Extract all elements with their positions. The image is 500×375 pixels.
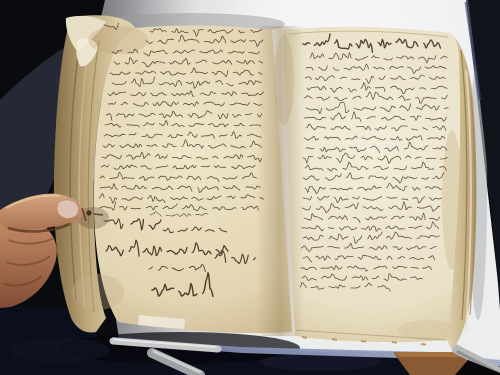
- book: [54, 15, 477, 350]
- stain-right-edge: [442, 130, 462, 270]
- gutter-top-shade: [274, 35, 294, 125]
- thumb-nail: [57, 200, 79, 219]
- photo-stage: Open 17th-century Dutch manuscript volum…: [0, 0, 500, 375]
- right-page: [283, 27, 460, 342]
- carpet-texture-2: [10, 338, 110, 362]
- scene-svg: Open 17th-century Dutch manuscript volum…: [0, 0, 500, 375]
- stain-left-bottom: [72, 274, 124, 310]
- stain-left-top: [88, 26, 148, 54]
